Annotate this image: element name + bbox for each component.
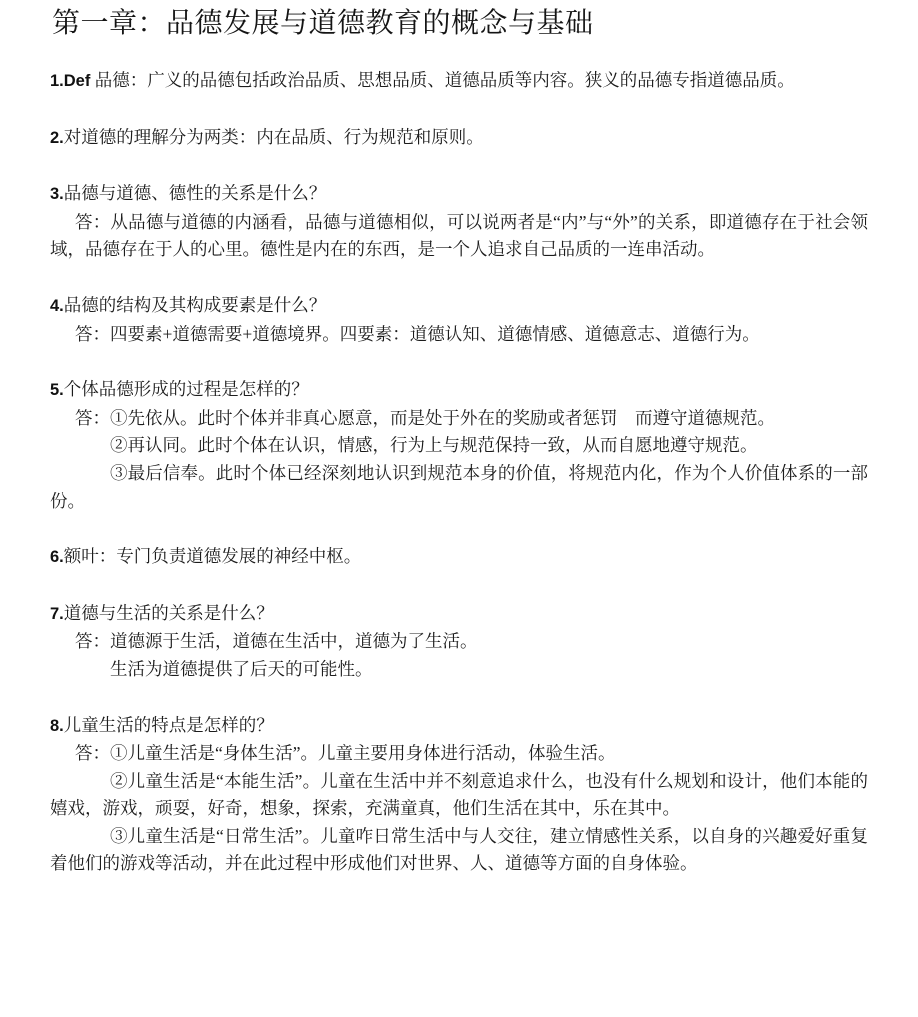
- item-8-answer-3: ③儿童生活是“日常生活”。儿童咋日常生活中与人交往，建立情感性关系，以自身的兴趣…: [50, 823, 868, 878]
- item-4-number: 4.: [50, 297, 64, 315]
- qa-item-5: 5.个体品德形成的过程是怎样的？ 答：①先依从。此时个体并非真心愿意，而是处于外…: [50, 376, 868, 515]
- item-8-question-text: 儿童生活的特点是怎样的？: [64, 715, 274, 735]
- item-8-question: 8.儿童生活的特点是怎样的？: [50, 712, 868, 741]
- item-5-answer-3: ③最后信奉。此时个体已经深刻地认识到规范本身的价值，将规范内化，作为个人价值体系…: [50, 460, 868, 515]
- item-8-number: 8.: [50, 717, 64, 735]
- qa-item-3: 3.品德与道德、德性的关系是什么？ 答：从品德与道德的内涵看，品德与道德相似，可…: [50, 180, 868, 264]
- item-1-body: 品德：广义的品德包括政治品质、思想品质、道德品质等内容。狭义的品德专指道德品质。: [90, 70, 794, 90]
- item-3-answer: 答：从品德与道德的内涵看，品德与道德相似，可以说两者是“内”与“外”的关系，即道…: [50, 209, 868, 264]
- item-2-body: 对道德的理解分为两类：内在品质、行为规范和原则。: [64, 127, 484, 147]
- item-7-answer-1: 答：道德源于生活，道德在生活中，道德为了生活。: [50, 628, 868, 656]
- item-7-question-text: 道德与生活的关系是什么？: [64, 603, 274, 623]
- item-3-number: 3.: [50, 185, 64, 203]
- item-8-answer-2: ②儿童生活是“本能生活”。儿童在生活中并不刻意追求什么，也没有什么规划和设计，他…: [50, 768, 868, 823]
- item-7-number: 7.: [50, 605, 64, 623]
- qa-item-1: 1.Def 品德：广义的品德包括政治品质、思想品质、道德品质等内容。狭义的品德专…: [50, 67, 868, 96]
- page-title: 第一章：品德发展与道德教育的概念与基础: [52, 5, 868, 43]
- item-2-text: 2.对道德的理解分为两类：内在品质、行为规范和原则。: [50, 124, 868, 153]
- item-1-text: 1.Def 品德：广义的品德包括政治品质、思想品质、道德品质等内容。狭义的品德专…: [50, 67, 868, 96]
- qa-item-7: 7.道德与生活的关系是什么？ 答：道德源于生活，道德在生活中，道德为了生活。 生…: [50, 600, 868, 684]
- item-3-question-text: 品德与道德、德性的关系是什么？: [64, 183, 327, 203]
- qa-item-6: 6.额叶：专门负责道德发展的神经中枢。: [50, 543, 868, 572]
- item-4-question-text: 品德的结构及其构成要素是什么？: [64, 295, 327, 315]
- item-8-answer-1: 答：①儿童生活是“身体生活”。儿童主要用身体进行活动，体验生活。: [50, 740, 868, 768]
- item-7-question: 7.道德与生活的关系是什么？: [50, 600, 868, 629]
- qa-item-2: 2.对道德的理解分为两类：内在品质、行为规范和原则。: [50, 124, 868, 153]
- item-5-question: 5.个体品德形成的过程是怎样的？: [50, 376, 868, 405]
- qa-item-4: 4.品德的结构及其构成要素是什么？ 答：四要素+道德需要+道德境界。四要素：道德…: [50, 292, 868, 348]
- item-6-body: 额叶：专门负责道德发展的神经中枢。: [64, 546, 362, 566]
- item-6-text: 6.额叶：专门负责道德发展的神经中枢。: [50, 543, 868, 572]
- document-page: 第一章：品德发展与道德教育的概念与基础 1.Def 品德：广义的品德包括政治品质…: [0, 0, 918, 1017]
- item-1-number: 1.Def: [50, 72, 90, 90]
- item-4-question: 4.品德的结构及其构成要素是什么？: [50, 292, 868, 321]
- item-5-number: 5.: [50, 381, 64, 399]
- item-5-answer-1: 答：①先依从。此时个体并非真心愿意，而是处于外在的奖励或者惩罚 而遵守道德规范。: [50, 405, 868, 433]
- item-5-question-text: 个体品德形成的过程是怎样的？: [64, 379, 309, 399]
- item-2-number: 2.: [50, 129, 64, 147]
- item-7-answer-2: 生活为道德提供了后天的可能性。: [50, 656, 868, 684]
- item-4-answer: 答：四要素+道德需要+道德境界。四要素：道德认知、道德情感、道德意志、道德行为。: [50, 321, 868, 349]
- item-5-answer-2: ②再认同。此时个体在认识，情感，行为上与规范保持一致，从而自愿地遵守规范。: [50, 432, 868, 460]
- qa-item-8: 8.儿童生活的特点是怎样的？ 答：①儿童生活是“身体生活”。儿童主要用身体进行活…: [50, 712, 868, 879]
- item-3-question: 3.品德与道德、德性的关系是什么？: [50, 180, 868, 209]
- item-6-number: 6.: [50, 548, 64, 566]
